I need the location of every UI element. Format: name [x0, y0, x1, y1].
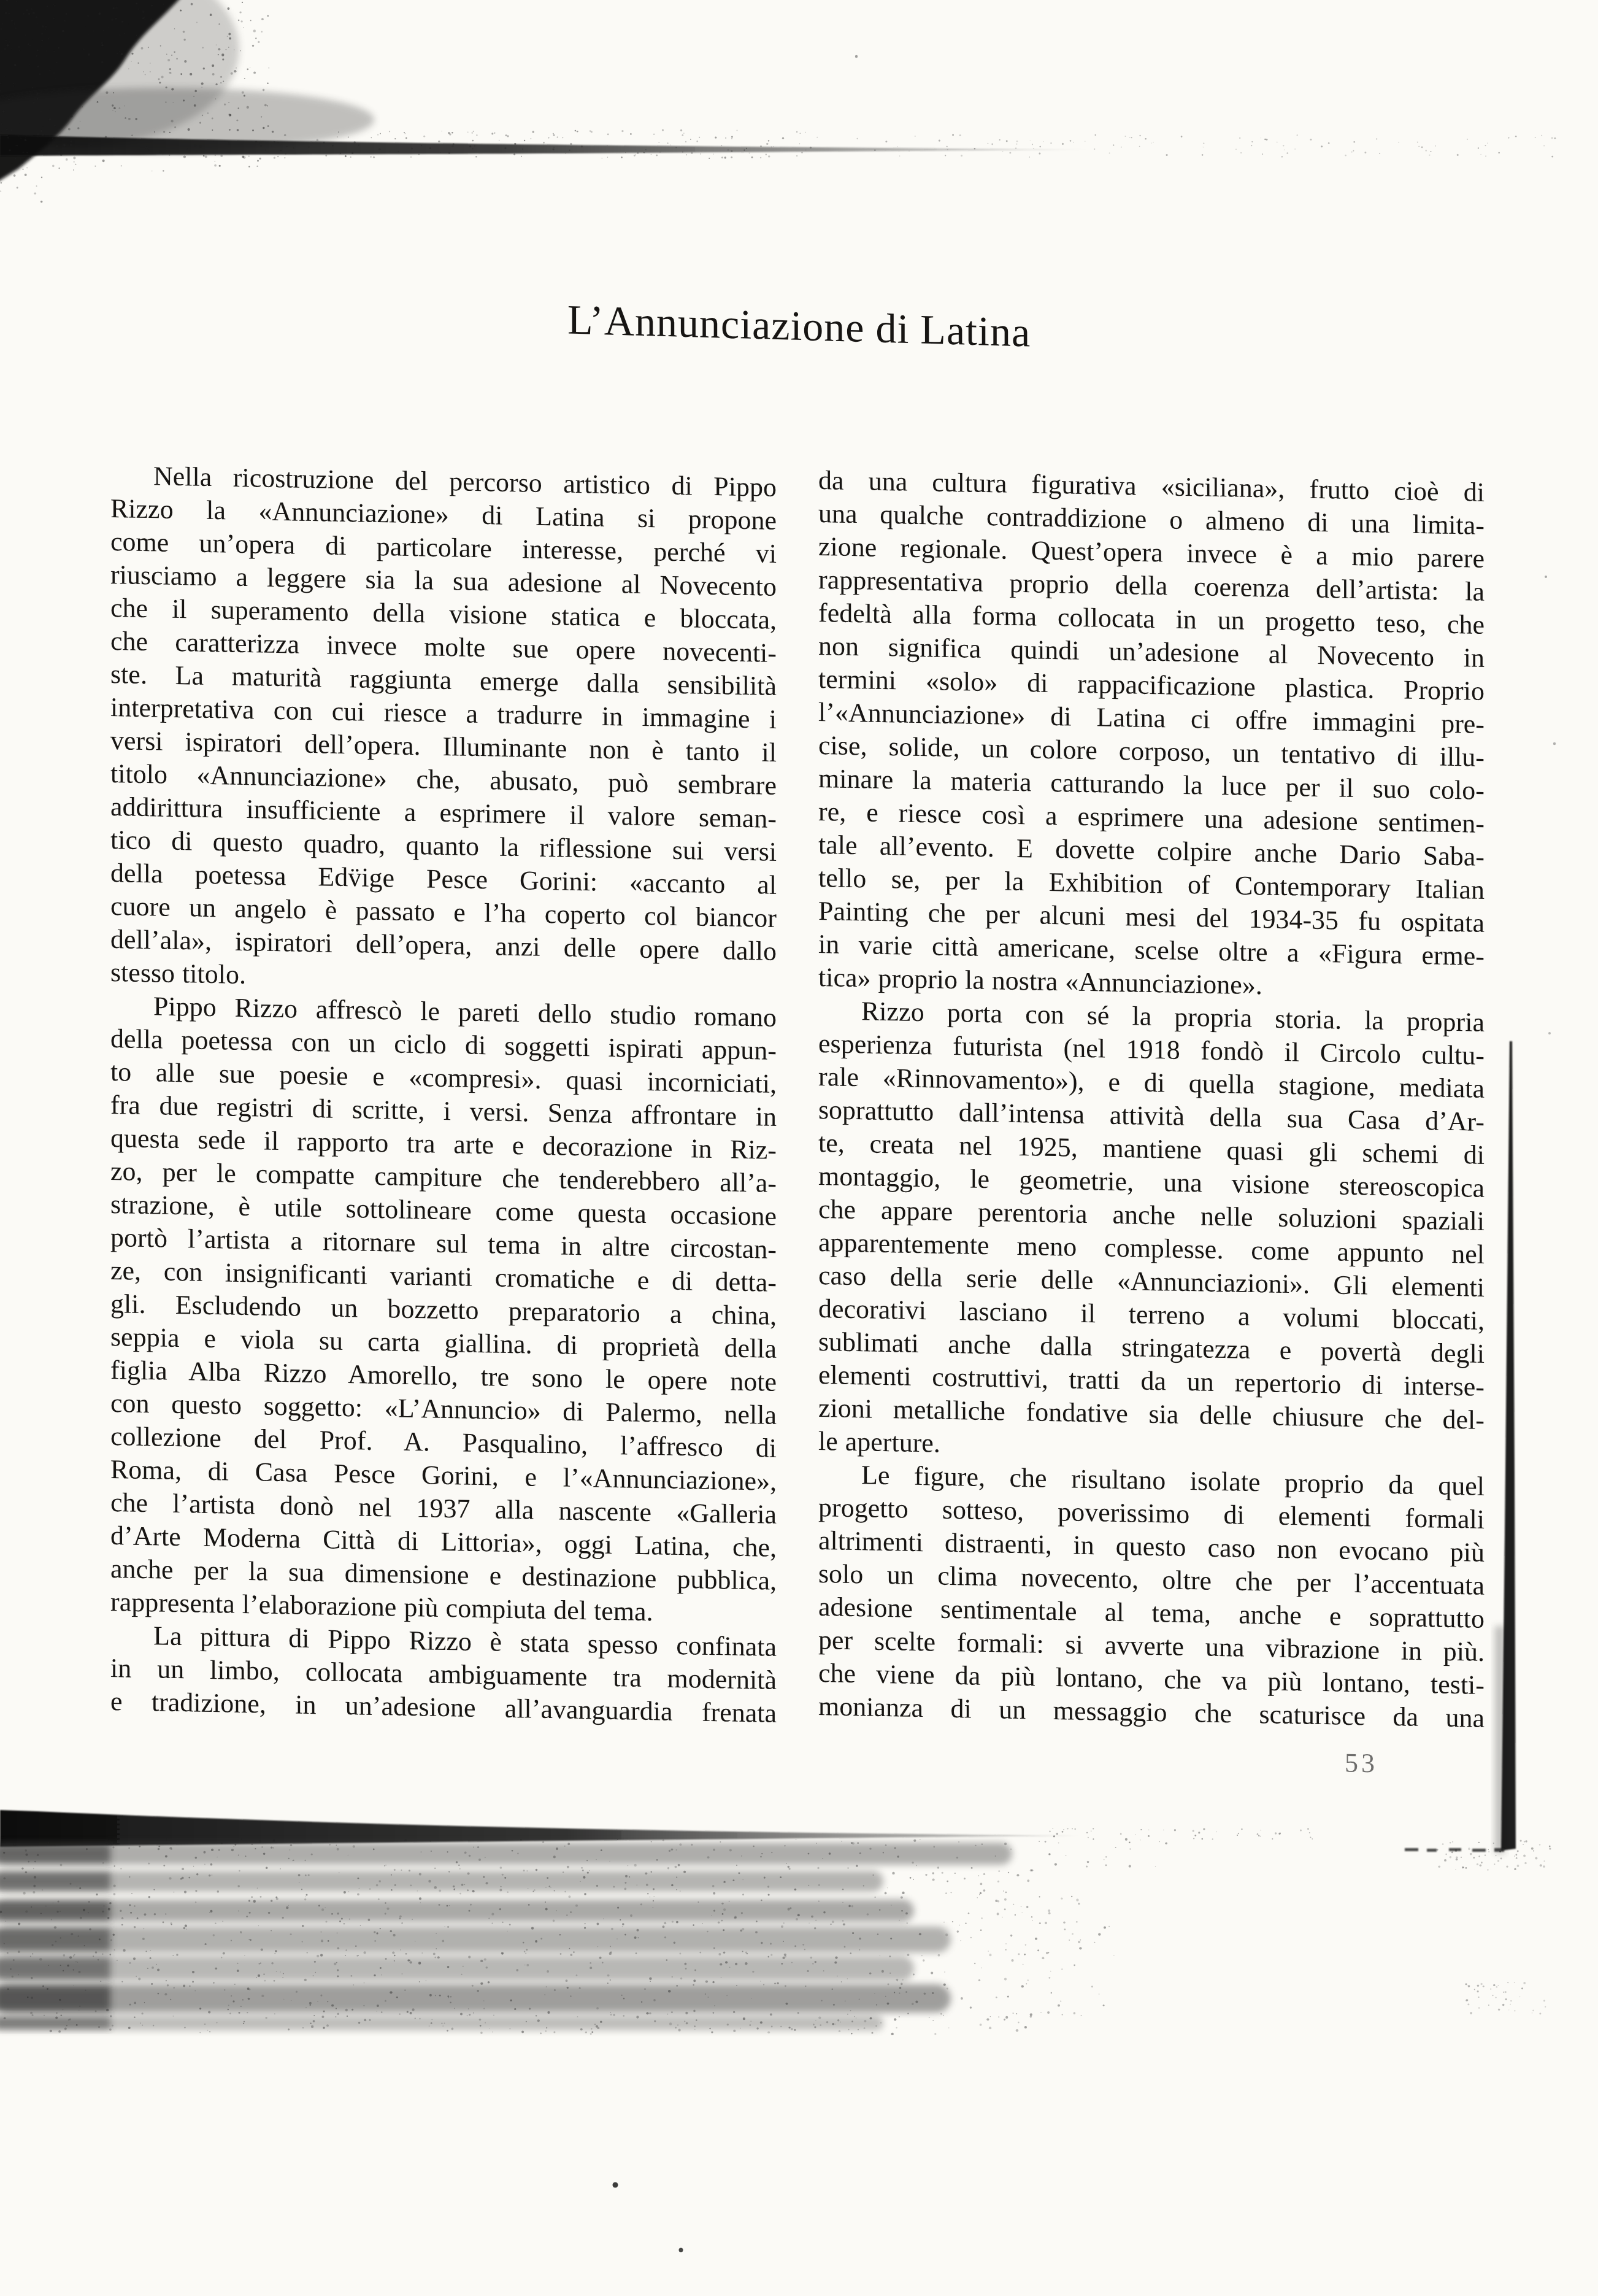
page-title: L’Annunciazione di Latina [0, 280, 1598, 373]
page-number: 53 [1345, 1747, 1378, 1779]
right-column: da una cultura figurativa «siciliana», f… [818, 464, 1485, 1735]
scanned-page: L’Annunciazione di Latina Nella ricostru… [0, 0, 1598, 2296]
left-column: Nella ricostruzione del percorso artisti… [110, 459, 777, 1730]
top-streak [0, 135, 1092, 156]
bottom-noise-bands [0, 1843, 1012, 2030]
bottom-streak [0, 1810, 1080, 1847]
top-left-blob [0, 0, 374, 184]
